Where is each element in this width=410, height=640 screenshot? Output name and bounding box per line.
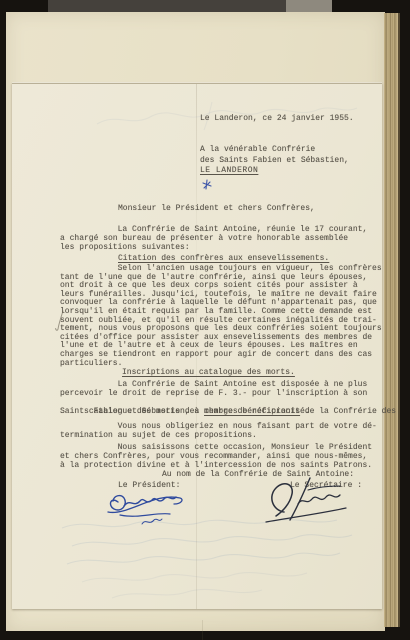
- page-crease: [202, 620, 203, 640]
- paragraph-4: Vous nous obligeriez en nous faisant par…: [60, 422, 377, 440]
- margin-check-mark: [54, 310, 66, 332]
- scanned-letter-photo: Le Landeron, ce 24 janvier 1955. A la vé…: [0, 0, 410, 640]
- paragraph-3-line4: Saints Fabien et Sébastien, à charge de …: [60, 407, 310, 416]
- paragraph-1: La Confrérie de Saint Antoine, réunie le…: [60, 225, 367, 252]
- recipient-line3: LE LANDERON: [200, 166, 258, 177]
- salutation: Monsieur le Président et chers Confrères…: [118, 204, 315, 213]
- president-signature: [104, 486, 190, 528]
- secretary-signature: [258, 474, 350, 526]
- recipient-line2: des Saints Fabien et Sébastien,: [200, 156, 349, 167]
- section-heading-citation: Citation des confrères aux ensevelisseme…: [118, 254, 329, 263]
- blue-pen-mark: [201, 179, 213, 191]
- paragraph-5: Nous saisissons cette occasion, Monsieur…: [60, 443, 372, 470]
- date-line: Le Landeron, ce 24 janvier 1955.: [200, 114, 354, 123]
- paragraph-2: Selon l'ancien usage toujours en vigueur…: [60, 265, 382, 368]
- ink-show-through-bottom: [52, 516, 362, 606]
- paragraph-3-line3-post: de la Confrérie des: [300, 407, 396, 416]
- book-fore-edge-pages: [384, 13, 400, 627]
- letter-document: Le Landeron, ce 24 janvier 1955. A la vé…: [12, 83, 382, 609]
- paragraph-3-part1: La Confrérie de Saint Antoine est dispos…: [60, 380, 367, 398]
- recipient-line1: A la vénérable Confrérie: [200, 145, 315, 156]
- section-heading-inscriptions: Inscriptions au catalogue des morts.: [122, 368, 295, 377]
